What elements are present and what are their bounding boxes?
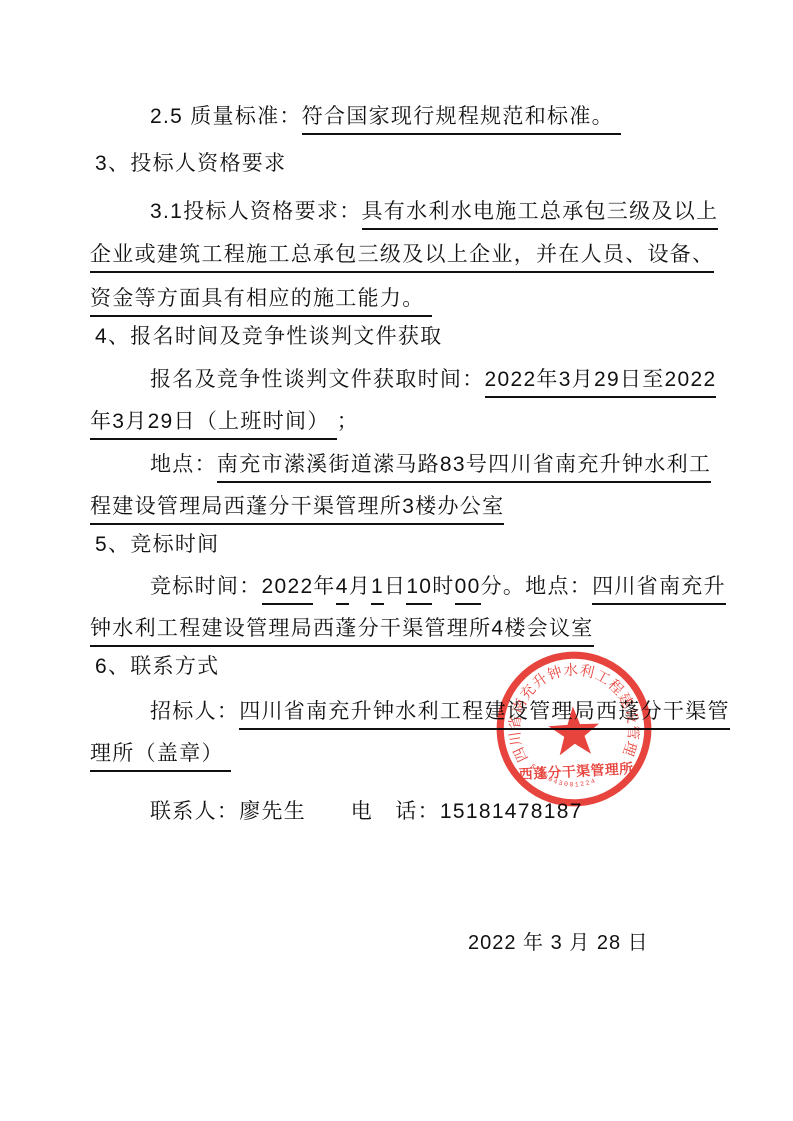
doc-line: 招标人：四川省南充升钟水利工程建设管理局西蓬分干渠管 bbox=[150, 698, 730, 730]
underlined-text-segment: 1 bbox=[371, 573, 384, 605]
section-heading: 5、竞标时间 bbox=[95, 531, 219, 559]
underlined-text-segment: 2022 bbox=[262, 573, 314, 605]
doc-line: 地点：南充市潆溪街道潆马路83号四川省南充升钟水利工 bbox=[150, 451, 711, 483]
text-segment: ； bbox=[337, 408, 359, 436]
doc-line: 竞标时间：2022年4月1日10时00分。地点：四川省南充升 bbox=[150, 573, 726, 605]
text-segment: 分。地点： bbox=[481, 573, 593, 601]
text-segment: 时 bbox=[432, 573, 454, 601]
section-heading: 3、投标人资格要求 bbox=[95, 150, 286, 178]
doc-line: 程建设管理局西蓬分干渠管理所3楼办公室 bbox=[90, 493, 504, 525]
doc-line: 3.1投标人资格要求：具有水利水电施工总承包三级及以上 bbox=[150, 198, 718, 230]
underlined-text-segment: 年3月29日（上班时间） bbox=[90, 408, 337, 440]
doc-line: 年3月29日（上班时间） ； bbox=[90, 408, 359, 440]
text-segment: 年 bbox=[313, 573, 335, 601]
underlined-text-segment: 企业或建筑工程施工总承包三级及以上企业，并在人员、设备、 bbox=[90, 241, 714, 273]
doc-line: 资金等方面具有相应的施工能力。 bbox=[90, 285, 432, 317]
text-segment: 2.5 质量标准： bbox=[150, 103, 302, 131]
underlined-text-segment: 理所（盖章） bbox=[90, 740, 231, 772]
text-segment: 竞标时间： bbox=[150, 573, 262, 601]
text-segment: 2022 年 3 月 28 日 bbox=[468, 929, 649, 957]
underlined-text-segment: 资金等方面具有相应的施工能力。 bbox=[90, 285, 432, 317]
stamp-center-text: 西蓬分干渠管理所 bbox=[518, 760, 633, 782]
text-segment: 3、投标人资格要求 bbox=[95, 150, 286, 178]
text-segment: 6、联系方式 bbox=[95, 653, 219, 681]
underlined-text-segment: 程建设管理局西蓬分干渠管理所3楼办公室 bbox=[90, 493, 504, 525]
section-heading: 4、报名时间及竞争性谈判文件获取 bbox=[95, 323, 442, 351]
text-segment: 5、竞标时间 bbox=[95, 531, 219, 559]
text-segment: 联系人：廖先生 电 话：15181478187 bbox=[150, 798, 583, 826]
underlined-text-segment: 南充市潆溪街道潆马路83号四川省南充升钟水利工 bbox=[217, 451, 711, 483]
underlined-text-segment: 10 bbox=[406, 573, 432, 605]
document-date: 2022 年 3 月 28 日 bbox=[468, 929, 649, 957]
text-segment: 地点： bbox=[150, 451, 217, 479]
underlined-text-segment: 四川省南充升 bbox=[592, 573, 726, 605]
doc-line: 钟水利工程建设管理局西蓬分干渠管理所4楼会议室 bbox=[90, 615, 594, 647]
text-segment: 招标人： bbox=[150, 698, 239, 726]
text-segment: 报名及竞争性谈判文件获取时间： bbox=[150, 366, 485, 394]
doc-line: 报名及竞争性谈判文件获取时间：2022年3月29日至2022 bbox=[150, 366, 716, 398]
document-page: 2.5 质量标准：符合国家现行规程规范和标准。 3、投标人资格要求3.1投标人资… bbox=[0, 0, 793, 1121]
text-segment: 日 bbox=[384, 573, 406, 601]
section-heading: 6、联系方式 bbox=[95, 653, 219, 681]
underlined-text-segment: 4 bbox=[336, 573, 349, 605]
text-segment: 月 bbox=[349, 573, 371, 601]
underlined-text-segment: 2022年3月29日至2022 bbox=[485, 366, 717, 398]
underlined-text-segment: 00 bbox=[455, 573, 481, 605]
text-segment: 3.1投标人资格要求： bbox=[150, 198, 362, 226]
doc-line: 2.5 质量标准：符合国家现行规程规范和标准。 bbox=[150, 103, 621, 135]
underlined-text-segment: 四川省南充升钟水利工程建设管理局西蓬分干渠管 bbox=[239, 698, 730, 730]
doc-line: 企业或建筑工程施工总承包三级及以上企业，并在人员、设备、 bbox=[90, 241, 714, 273]
doc-line: 联系人：廖先生 电 话：15181478187 bbox=[150, 798, 583, 826]
text-segment: 4、报名时间及竞争性谈判文件获取 bbox=[95, 323, 442, 351]
doc-line: 理所（盖章） bbox=[90, 740, 231, 772]
underlined-text-segment: 钟水利工程建设管理局西蓬分干渠管理所4楼会议室 bbox=[90, 615, 594, 647]
underlined-text-segment: 符合国家现行规程规范和标准。 bbox=[302, 103, 621, 135]
stamp-serial-number: 5113043001224 bbox=[528, 759, 597, 791]
underlined-text-segment: 具有水利水电施工总承包三级及以上 bbox=[362, 198, 719, 230]
